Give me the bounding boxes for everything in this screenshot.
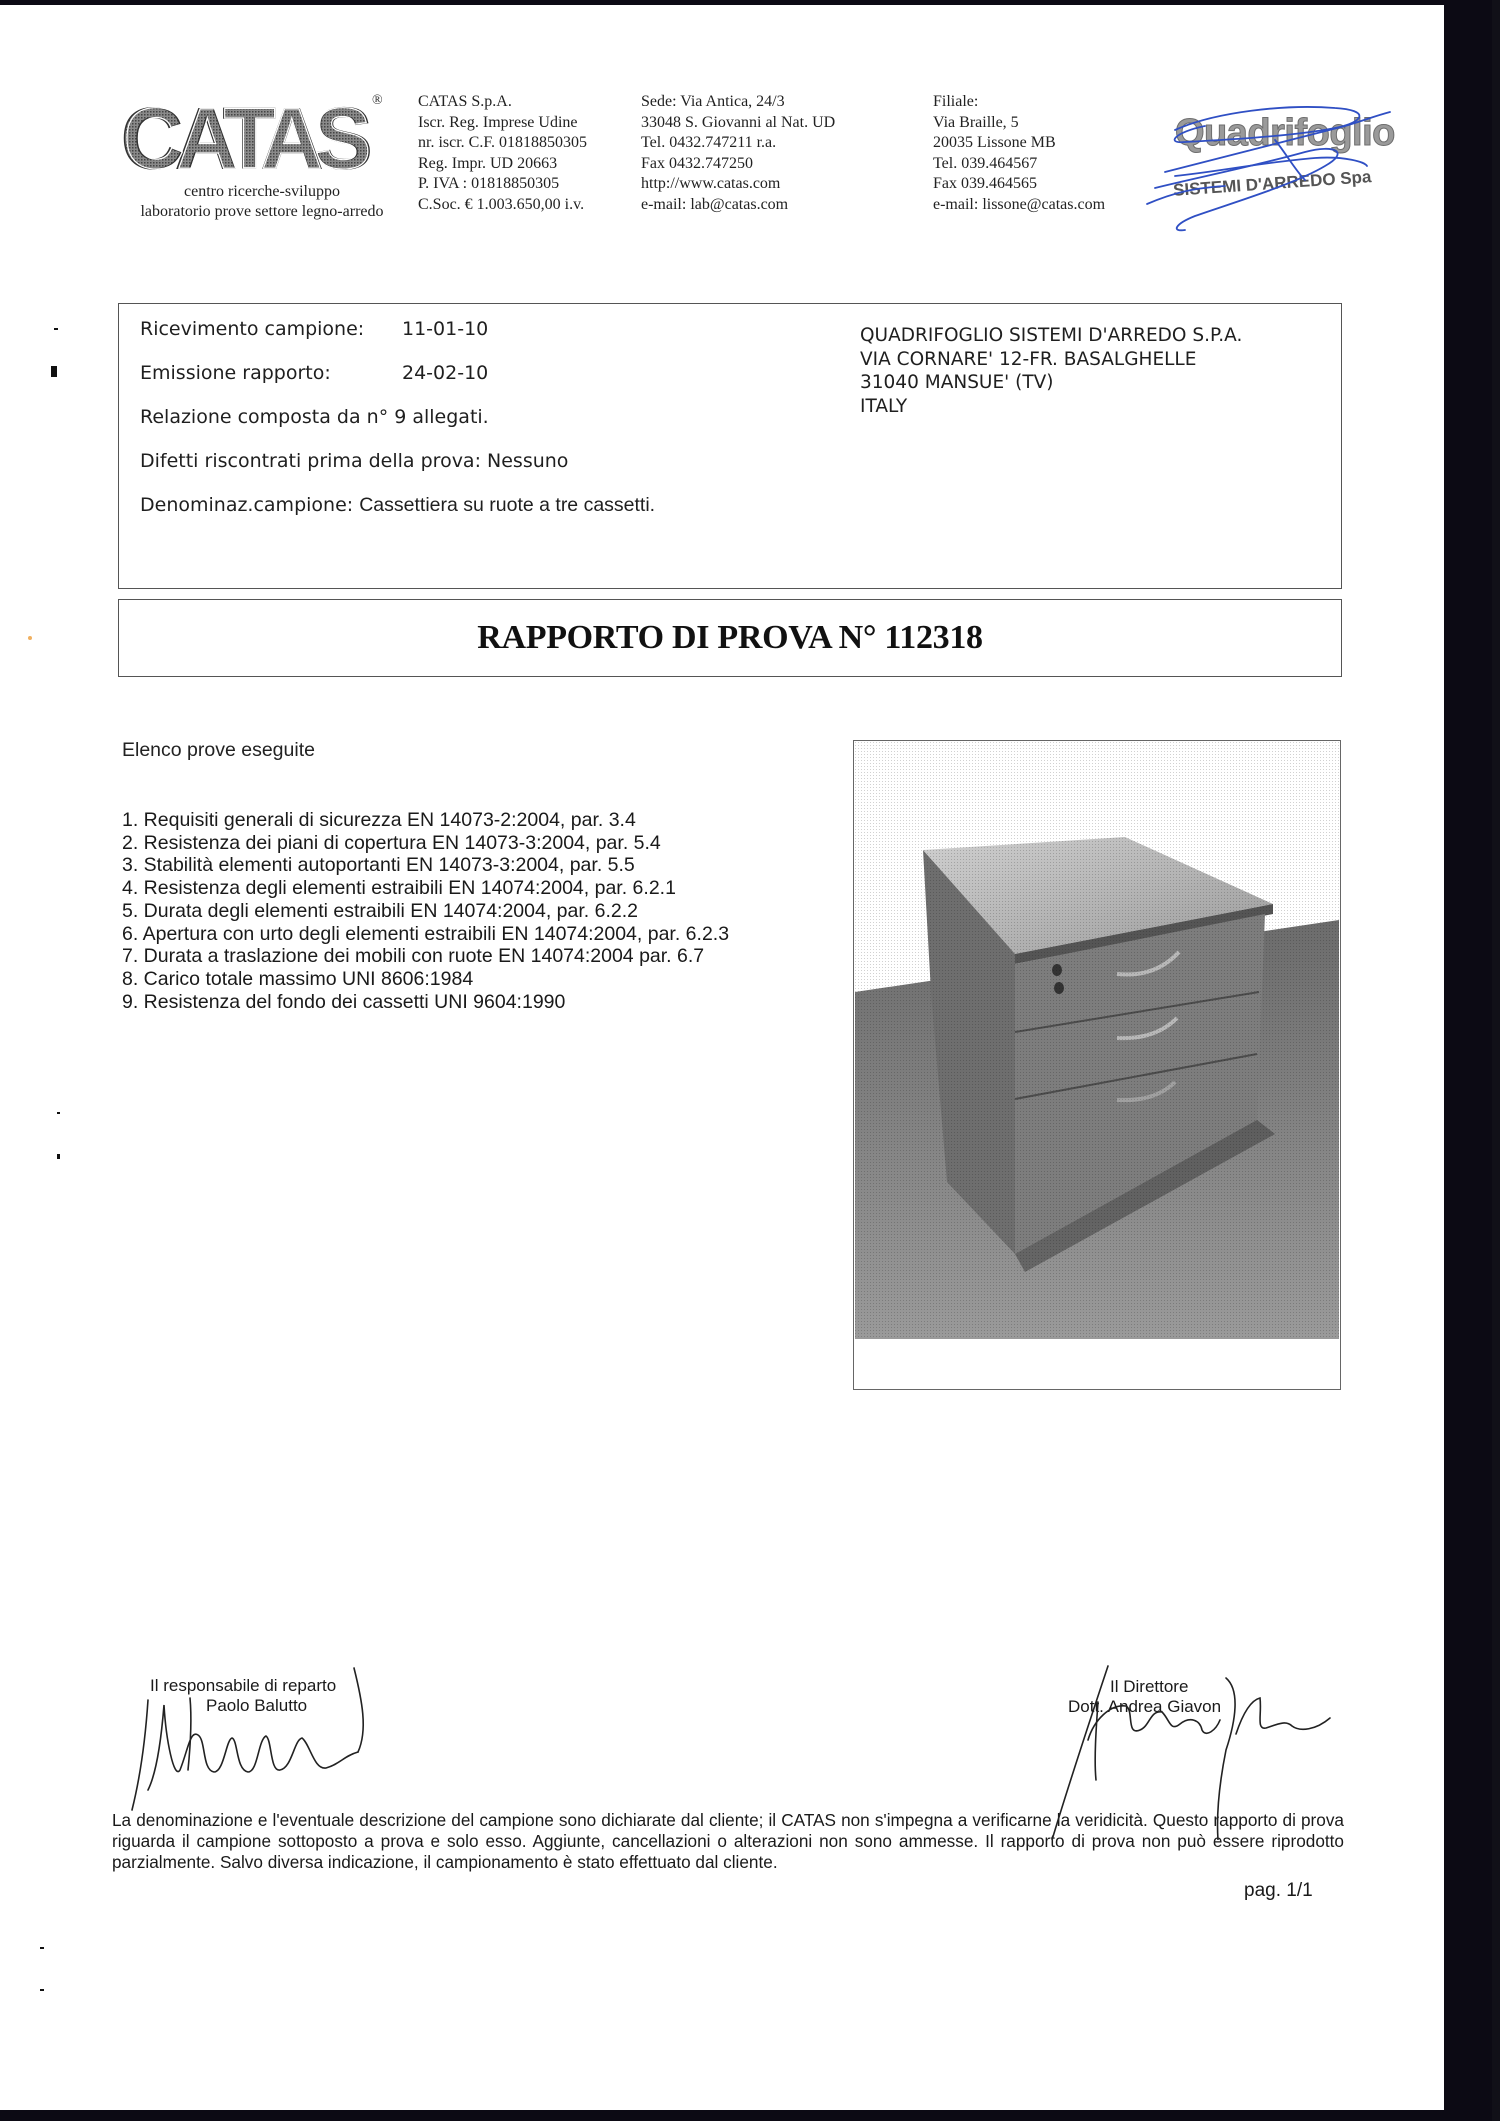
issue-date-value: 24-02-10 [402, 362, 488, 384]
sede-line: Tel. 0432.747211 r.a. [641, 133, 835, 154]
branch-email-link[interactable]: e-mail: lissone@catas.com [933, 195, 1105, 216]
test-item: 7. Durata a traslazione dei mobili con r… [122, 945, 729, 968]
company-line: C.Soc. € 1.003.650,00 i.v. [418, 195, 587, 216]
scan-speck [57, 1112, 60, 1114]
test-item: 1. Requisiti generali di sicurezza EN 14… [122, 809, 729, 832]
company-registration: CATAS S.p.A. Iscr. Reg. Imprese Udine nr… [418, 92, 587, 215]
filiale-line: Tel. 039.464567 [933, 154, 1105, 175]
scan-speck [40, 1989, 44, 1991]
tests-list: 1. Requisiti generali di sicurezza EN 14… [122, 809, 729, 1013]
filiale-line: Filiale: [933, 92, 1105, 113]
logo-subtitle: centro ricerche-sviluppo laboratorio pro… [112, 182, 412, 222]
receipt-date-row: Ricevimento campione: 11-01-10 [140, 318, 364, 340]
svg-text:®: ® [372, 93, 383, 108]
signature-scribble-icon [1135, 92, 1395, 242]
department-head-signature-block: Il responsabile di reparto Paolo Balutto [150, 1676, 336, 1716]
pre-test-defects: Difetti riscontrati prima della prova: N… [140, 450, 568, 472]
company-line: Reg. Impr. UD 20663 [418, 154, 587, 175]
scan-edge [1492, 0, 1500, 2121]
sample-name-label: Denominaz.campione: [140, 494, 353, 516]
sede-line: 33048 S. Giovanni al Nat. UD [641, 113, 835, 134]
company-line: CATAS S.p.A. [418, 92, 587, 113]
legal-disclaimer: La denominazione e l'eventuale descrizio… [112, 1810, 1344, 1873]
company-line: Iscr. Reg. Imprese Udine [418, 113, 587, 134]
catas-logo-mark: CATAS CATAS ® [117, 90, 392, 180]
report-title-box: RAPPORTO DI PROVA N° 112318 [118, 599, 1342, 677]
catas-logo: CATAS CATAS ® [117, 90, 392, 180]
scan-speck [28, 636, 32, 640]
client-country: ITALY [860, 395, 1242, 419]
sede-line: Fax 0432.747250 [641, 154, 835, 175]
client-city: 31040 MANSUE' (TV) [860, 371, 1242, 395]
logo-subtitle-line: laboratorio prove settore legno-arredo [112, 202, 412, 222]
test-item: 5. Durata degli elementi estraibili EN 1… [122, 900, 729, 923]
report-title: RAPPORTO DI PROVA N° 112318 [477, 619, 983, 657]
svg-text:CATAS: CATAS [123, 91, 368, 180]
test-item: 9. Resistenza del fondo dei cassetti UNI… [122, 991, 729, 1014]
scan-speck [51, 366, 57, 377]
sample-photo [853, 740, 1341, 1390]
company-line: nr. iscr. C.F. 01818850305 [418, 133, 587, 154]
page-number: pag. 1/1 [1244, 1880, 1313, 1902]
test-item: 6. Apertura con urto degli elementi estr… [122, 923, 729, 946]
email-link[interactable]: e-mail: lab@catas.com [641, 195, 835, 216]
company-line: P. IVA : 01818850305 [418, 174, 587, 195]
filiale-line: Fax 039.464565 [933, 174, 1105, 195]
test-item: 3. Stabilità elementi autoportanti EN 14… [122, 854, 729, 877]
test-item: 4. Resistenza degli elementi estraibili … [122, 877, 729, 900]
director-name: Dott. Andrea Giavon [1068, 1697, 1221, 1717]
issue-date-label: Emissione rapporto: [140, 362, 331, 384]
issue-date-row: Emissione rapporto: 24-02-10 [140, 362, 331, 384]
test-item: 2. Resistenza dei piani di copertura EN … [122, 832, 729, 855]
client-stamp: Quadrifoglio SISTEMI D'ARREDO Spa [1135, 92, 1395, 242]
director-signature-block: Il Direttore Dott. Andrea Giavon [1068, 1677, 1221, 1717]
attachments-count: Relazione composta da n° 9 allegati. [140, 406, 489, 428]
client-street: VIA CORNARE' 12-FR. BASALGHELLE [860, 348, 1242, 372]
department-head-name: Paolo Balutto [150, 1696, 336, 1716]
branch-address: Filiale: Via Braille, 5 20035 Lissone MB… [933, 92, 1105, 215]
receipt-date-label: Ricevimento campione: [140, 318, 364, 340]
scan-speck [40, 1947, 44, 1949]
filiale-line: Via Braille, 5 [933, 113, 1105, 134]
director-title: Il Direttore [1068, 1677, 1221, 1697]
sede-line: Sede: Via Antica, 24/3 [641, 92, 835, 113]
website-link[interactable]: http://www.catas.com [641, 174, 835, 195]
client-address: QUADRIFOGLIO SISTEMI D'ARREDO S.P.A. VIA… [860, 324, 1242, 418]
test-item: 8. Carico totale massimo UNI 8606:1984 [122, 968, 729, 991]
scan-speck [54, 328, 58, 330]
drawer-unit-photo-icon [855, 742, 1339, 1339]
logo-subtitle-line: centro ricerche-sviluppo [112, 182, 412, 202]
client-name: QUADRIFOGLIO SISTEMI D'ARREDO S.P.A. [860, 324, 1242, 348]
tests-heading: Elenco prove eseguite [122, 739, 315, 762]
sample-name-row: Denominaz.campione: Cassettiera su ruote… [140, 494, 655, 517]
sample-name-value: Cassettiera su ruote a tre cassetti. [359, 494, 655, 516]
department-head-title: Il responsabile di reparto [150, 1676, 336, 1696]
scan-speck [57, 1154, 60, 1159]
head-office-address: Sede: Via Antica, 24/3 33048 S. Giovanni… [641, 92, 835, 215]
receipt-date-value: 11-01-10 [402, 318, 488, 340]
filiale-line: 20035 Lissone MB [933, 133, 1105, 154]
